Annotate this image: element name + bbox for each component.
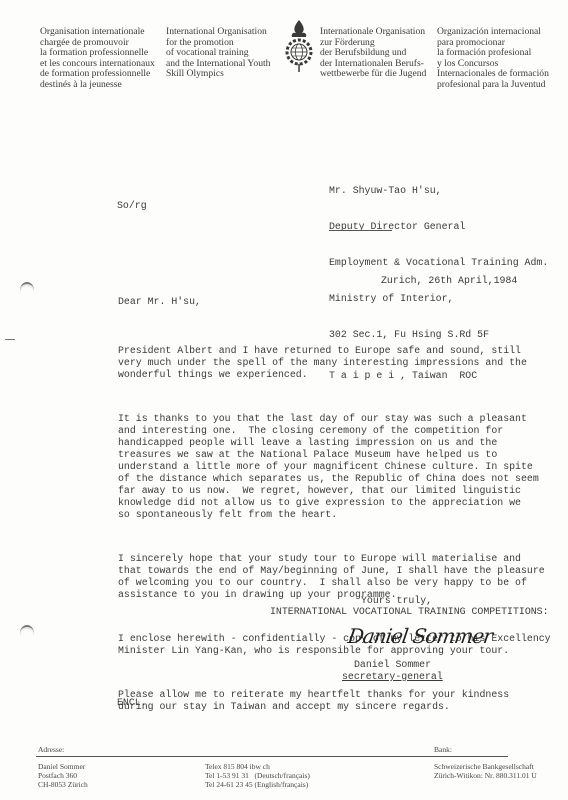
body-paragraph: President Albert and I have returned to …: [118, 345, 551, 381]
footer-address-label: Adresse:: [38, 745, 64, 754]
letterhead-english: International Organisation for the promo…: [166, 27, 270, 80]
footer-address: Daniel Sommer Postfach 360 CH-8053 Züric…: [38, 762, 88, 790]
recipient-line: Deputy Director General: [329, 221, 548, 233]
enclosure-note: ENCL.: [117, 697, 147, 709]
signer-name: Daniel Sommer: [354, 659, 431, 671]
recipient-line: Mr. Shyuw-Tao H'su,: [329, 185, 548, 197]
body-paragraph: Please allow me to reiterate my heartfel…: [118, 689, 551, 713]
signer-title: secretary-general: [342, 671, 443, 683]
body-paragraph: I sincerely hope that your study tour to…: [118, 553, 551, 601]
recipient-line: Ministry of Interior,: [329, 293, 548, 305]
reference-initials: So/rg: [117, 200, 147, 212]
punch-hole-bottom: [20, 625, 34, 641]
city-underline: [329, 230, 392, 231]
footer-contact: Telex 815 804 ibw ch Tel 1-53 91 31 (Deu…: [205, 762, 310, 790]
letterhead-german: Internationale Organisation zur Förderun…: [320, 27, 426, 80]
letter-body: President Albert and I have returned to …: [118, 321, 551, 733]
salutation: Dear Mr. H'su,: [118, 296, 201, 308]
letterhead-french: Organisation internationale chargée de p…: [40, 27, 155, 91]
body-paragraph: It is thanks to you that the last day of…: [118, 413, 551, 521]
letterhead-spanish: Organización internacional para promocio…: [437, 27, 549, 91]
footer-bank-label: Bank:: [434, 745, 452, 754]
punch-hole-top: [20, 282, 34, 298]
closing-organization: INTERNATIONAL VOCATIONAL TRAINING COMPET…: [270, 606, 549, 618]
gear-globe-emblem-icon: [282, 18, 316, 74]
recipient-line: Employment & Vocational Training Adm.: [329, 257, 548, 269]
fold-mark: [5, 339, 15, 340]
handwritten-signature: Daniel Sommer: [346, 624, 493, 648]
footer-bank: Schweizerische Bankgesellschaft Zürich-W…: [434, 762, 537, 780]
date-line: Zurich, 26th April,1984: [381, 275, 517, 287]
footer-divider: [36, 756, 508, 757]
